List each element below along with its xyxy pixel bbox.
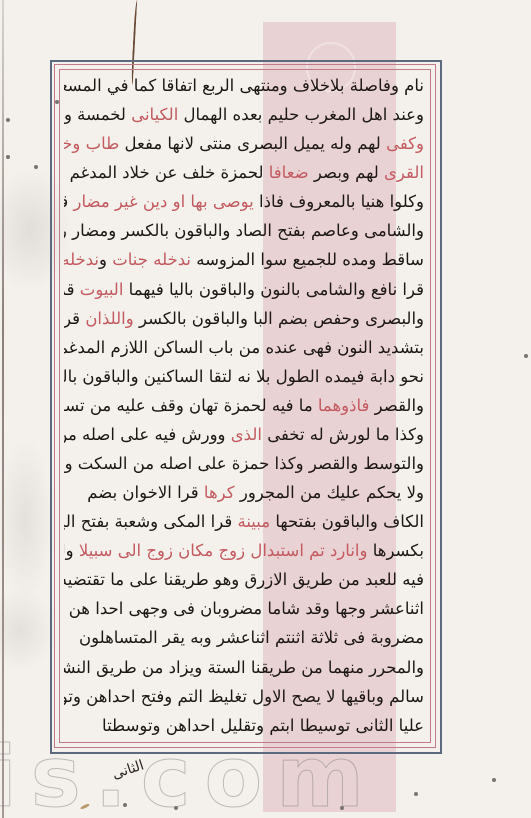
manuscript-line: والمحرر منهما من طريقنا الستة ويزاد من ط… bbox=[64, 656, 424, 680]
manuscript-line: سالم وباقيها لا يصح الاول تغليظ التم وفت… bbox=[64, 685, 424, 709]
manuscript-line: والقصر فاذوهما ما فيه لحمزة تهان وقف علي… bbox=[64, 394, 424, 418]
ink-spot bbox=[6, 155, 10, 159]
rubricated-keyword: الذى bbox=[231, 425, 262, 444]
body-text: قرا المكى bbox=[64, 309, 85, 328]
body-text: نحو دابة فيمده الطول بلا نه لتقا الساكني… bbox=[64, 367, 424, 386]
rubricated-keyword: ندخله نارا bbox=[64, 250, 99, 269]
ink-spot bbox=[174, 806, 178, 810]
page-binding-edge bbox=[2, 0, 4, 818]
manuscript-line: ساقط ومده للجميع سوا المزوسه ندخله جنات … bbox=[64, 248, 424, 272]
body-text: قرا نافع والشامى بالنون والباقون باليا ف… bbox=[123, 280, 424, 299]
body-text: وكلوا هنيا بالمعروف فاذا bbox=[254, 192, 424, 211]
body-text: لهم وله يميل البصرى منتى لانها مفعل bbox=[119, 134, 386, 153]
ink-spot bbox=[492, 778, 496, 782]
body-text: قرا المكى وشعبة بفتح اليا والباقون bbox=[64, 512, 237, 531]
rubricated-keyword: ندخله جنات bbox=[112, 250, 191, 269]
body-text: قرا ورش bbox=[64, 280, 80, 299]
manuscript-line: بكسرها وانارد تم استبدال زوج مكان زوج ال… bbox=[64, 539, 424, 563]
body-text: والقصر bbox=[369, 396, 424, 415]
rubricated-keyword: وخافوا bbox=[64, 134, 80, 153]
rubricated-keyword: الكيانى bbox=[131, 105, 178, 124]
body-text: فيه للعبد من طريق الازرق وهو طريقنا على … bbox=[64, 570, 424, 589]
manuscript-line: ولا يحكم عليك من المجرور كرها قرا الاخوا… bbox=[64, 481, 424, 505]
manuscript-line: بتشديد النون فهى عنده من باب الساكن اللا… bbox=[64, 336, 424, 360]
rubricated-keyword: واللذان bbox=[85, 309, 133, 328]
ink-spot bbox=[340, 806, 344, 810]
body-text: الكاف والباقون بفتحها bbox=[270, 512, 424, 531]
manuscript-line: اثناعشر وجها وقد شاما مضروبان فى وجهى اح… bbox=[64, 597, 424, 621]
body-text: ولو وقف عليه كان bbox=[64, 541, 79, 560]
ink-spot bbox=[6, 118, 10, 122]
body-text: والمحرر منهما من طريقنا الستة ويزاد من ط… bbox=[64, 658, 424, 677]
body-text: مضروبة فى ثلاثة اثنتم اثناعشر وبه يقر ال… bbox=[79, 628, 424, 647]
rubricated-keyword: فاذوهما bbox=[318, 396, 370, 415]
body-text: قرا الاخوان بضم bbox=[87, 483, 204, 502]
manuscript-line: نحو دابة فيمده الطول بلا نه لتقا الساكني… bbox=[64, 365, 424, 389]
manuscript-line: وكفى لهم وله يميل البصرى منتى لانها مفعل… bbox=[64, 132, 424, 156]
body-text: وكذا ما لورش له تخفى bbox=[262, 425, 424, 444]
body-text: والبصرى وحفص بضم البا والباقون بالكسر bbox=[134, 309, 424, 328]
manuscript-line: والبصرى وحفص بضم البا والباقون بالكسر وا… bbox=[64, 307, 424, 331]
ink-spot bbox=[524, 354, 528, 358]
manuscript-line: القرى لهم وبصر ضعافا لحمزة خلف عن خلاد ا… bbox=[64, 161, 424, 185]
rubricated-keyword: طاب bbox=[86, 134, 120, 153]
rubricated-keyword: ضعافا bbox=[269, 163, 309, 182]
body-text: ساقط ومده للجميع سوا المزوسه bbox=[191, 250, 424, 269]
rubricated-keyword: البيوت bbox=[80, 280, 124, 299]
manuscript-line: نام وفاصلة بلاخلاف ومنتهى الربع اتفاقا ك… bbox=[64, 74, 424, 98]
body-text: و bbox=[99, 250, 112, 269]
rubricated-keyword: يوصى بها او دين غير مضار bbox=[74, 192, 254, 211]
body-text: قرا المكى bbox=[64, 192, 74, 211]
watermark-text: is.com bbox=[0, 735, 378, 818]
body-text: لخمسة و bbox=[64, 105, 131, 124]
body-text: اثناعشر وجها وقد شاما مضروبان فى وجهى اح… bbox=[64, 599, 424, 618]
body-text: ولا يحكم عليك من المجرور bbox=[235, 483, 424, 502]
rubricated-keyword: مبينة bbox=[237, 512, 270, 531]
rubricated-keyword: القرى bbox=[384, 163, 424, 182]
ink-spot bbox=[414, 792, 418, 796]
rubricated-keyword: وانارد تم استبدال زوج مكان زوج الى سبيلا bbox=[79, 541, 368, 560]
manuscript-line: فيه للعبد من طريق الازرق وهو طريقنا على … bbox=[64, 568, 424, 592]
manuscript-line: مضروبة فى ثلاثة اثنتم اثناعشر وبه يقر ال… bbox=[64, 626, 424, 650]
body-text: بتشديد النون فهى عنده من باب الساكن اللا… bbox=[64, 338, 424, 357]
body-text: لهم وبصر bbox=[309, 163, 384, 182]
body-text: نام وفاصلة بلاخلاف ومنتهى الربع اتفاقا ك… bbox=[64, 76, 424, 95]
body-text: والتوسط والقصر وكذا حمزة على اصله من الس… bbox=[64, 454, 424, 473]
body-text: ما فيه لحمزة تهان وقف عليه من تسهيل الهم… bbox=[64, 396, 318, 415]
manuscript-line: وعند اهل المغرب حليم بعده الهمال الكيانى… bbox=[64, 103, 424, 127]
body-text: والشامى وعاصم بفتح الصاد والباقون بالكسر… bbox=[64, 221, 424, 240]
manuscript-line: الكاف والباقون بفتحها مبينة قرا المكى وش… bbox=[64, 510, 424, 534]
body-text: وورش فيه على اصله من النقل والمد bbox=[64, 425, 231, 444]
rubricated-keyword: كرها bbox=[204, 483, 235, 502]
body-text: بكسرها bbox=[367, 541, 424, 560]
manuscript-line: وكذا ما لورش له تخفى الذى وورش فيه على ا… bbox=[64, 423, 424, 447]
manuscript-line: والشامى وعاصم بفتح الصاد والباقون بالكسر… bbox=[64, 219, 424, 243]
ink-spot bbox=[55, 100, 59, 104]
rubricated-keyword: وكفى bbox=[386, 134, 424, 153]
manuscript-line: والتوسط والقصر وكذا حمزة على اصله من الس… bbox=[64, 452, 424, 476]
body-text: سالم وباقيها لا يصح الاول تغليظ التم وفت… bbox=[64, 687, 424, 706]
ink-spot bbox=[123, 803, 127, 807]
body-text: لحمزة خلف عن خلاد المدغم bbox=[64, 163, 268, 182]
manuscript-line: قرا نافع والشامى بالنون والباقون باليا ف… bbox=[64, 278, 424, 302]
ink-spot bbox=[34, 165, 38, 169]
manuscript-line: وكلوا هنيا بالمعروف فاذا يوصى بها او دين… bbox=[64, 190, 424, 214]
manuscript-text-block: نام وفاصلة بلاخلاف ومنتهى الربع اتفاقا ك… bbox=[64, 74, 424, 738]
body-text: وعند اهل المغرب حليم بعده الهمال bbox=[178, 105, 424, 124]
